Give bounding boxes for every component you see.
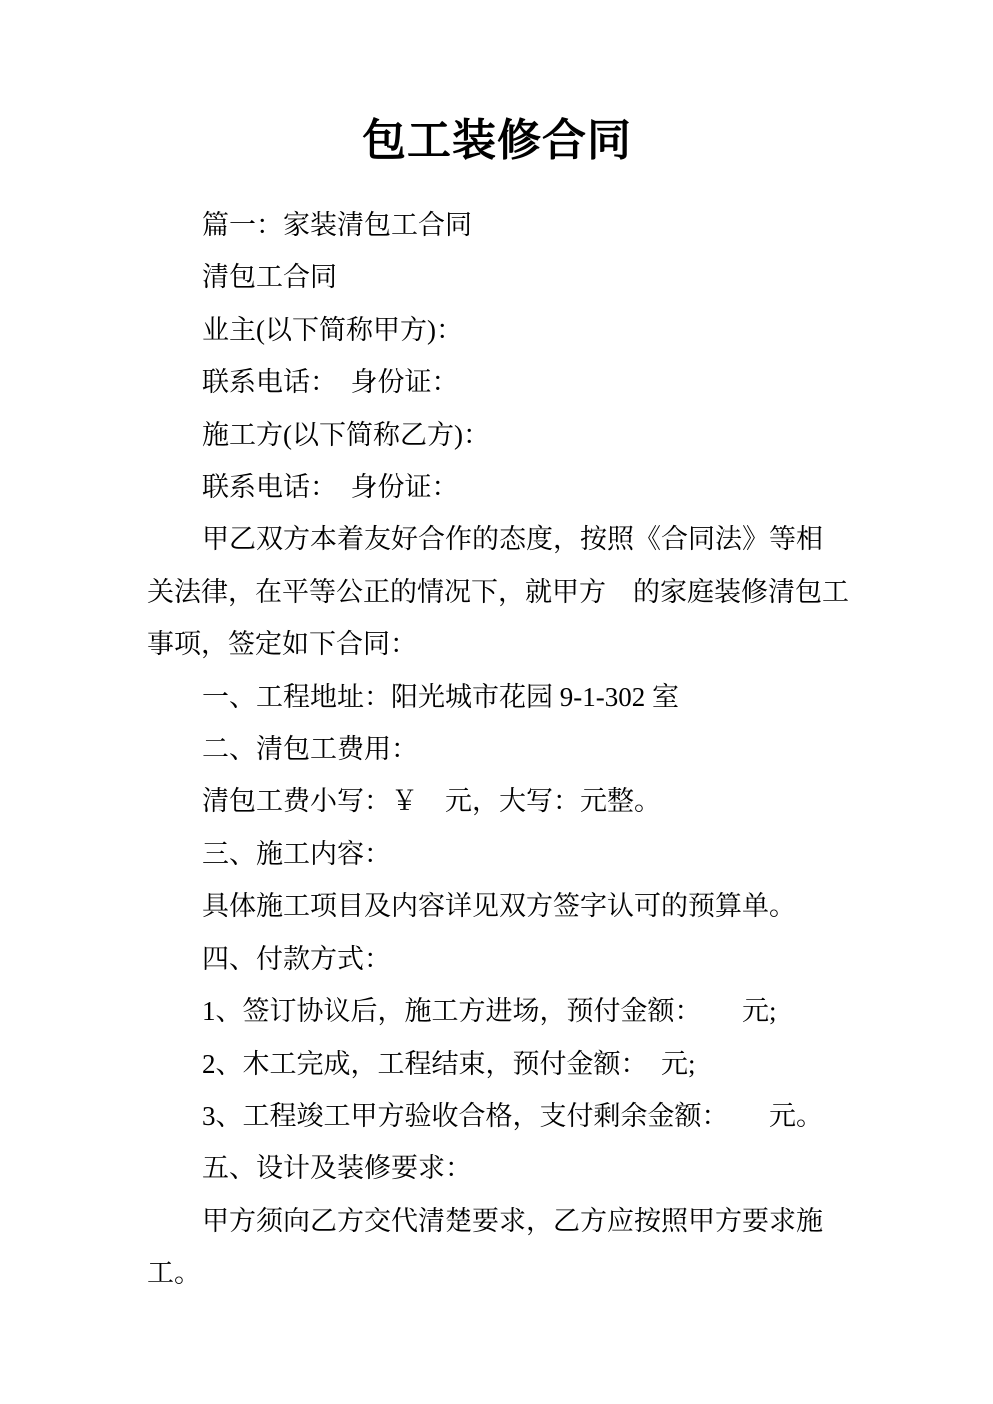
document-title: 包工装修合同 bbox=[147, 116, 847, 166]
doc-line: 五、设计及装修要求： bbox=[147, 1142, 847, 1194]
doc-line: 3、工程竣工甲方验收合格，支付剩余金额： 元。 bbox=[147, 1090, 847, 1142]
doc-line: 清包工合同 bbox=[147, 251, 847, 303]
doc-line: 联系电话： 身份证： bbox=[147, 461, 847, 513]
doc-line: 施工方(以下简称乙方)： bbox=[147, 409, 847, 461]
doc-line: 三、施工内容： bbox=[147, 828, 847, 880]
doc-line: 业主(以下简称甲方)： bbox=[147, 304, 847, 356]
doc-line: 二、清包工费用： bbox=[147, 723, 847, 775]
doc-line: 具体施工项目及内容详见双方签字认可的预算单。 bbox=[147, 880, 847, 932]
document-page: 包工装修合同 篇一：家装清包工合同 清包工合同 业主(以下简称甲方)： 联系电话… bbox=[0, 0, 993, 1404]
doc-line: 关法律，在平等公正的情况下，就甲方 的家庭装修清包工 bbox=[147, 566, 847, 618]
doc-line: 清包工费小写：￥ 元，大写：元整。 bbox=[147, 775, 847, 827]
doc-line: 一、工程地址：阳光城市花园 9-1-302 室 bbox=[147, 671, 847, 723]
doc-line: 甲方须向乙方交代清楚要求，乙方应按照甲方要求施 bbox=[147, 1195, 847, 1247]
doc-line: 工。 bbox=[147, 1247, 847, 1299]
doc-line: 1、签订协议后，施工方进场，预付金额： 元; bbox=[147, 985, 847, 1037]
doc-line: 2、木工完成，工程结束，预付金额： 元; bbox=[147, 1038, 847, 1090]
doc-line: 甲乙双方本着友好合作的态度，按照《合同法》等相 bbox=[147, 513, 847, 565]
doc-line: 事项，签定如下合同： bbox=[147, 618, 847, 670]
doc-line: 四、付款方式： bbox=[147, 933, 847, 985]
doc-line: 篇一：家装清包工合同 bbox=[147, 199, 847, 251]
doc-line: 联系电话： 身份证： bbox=[147, 356, 847, 408]
